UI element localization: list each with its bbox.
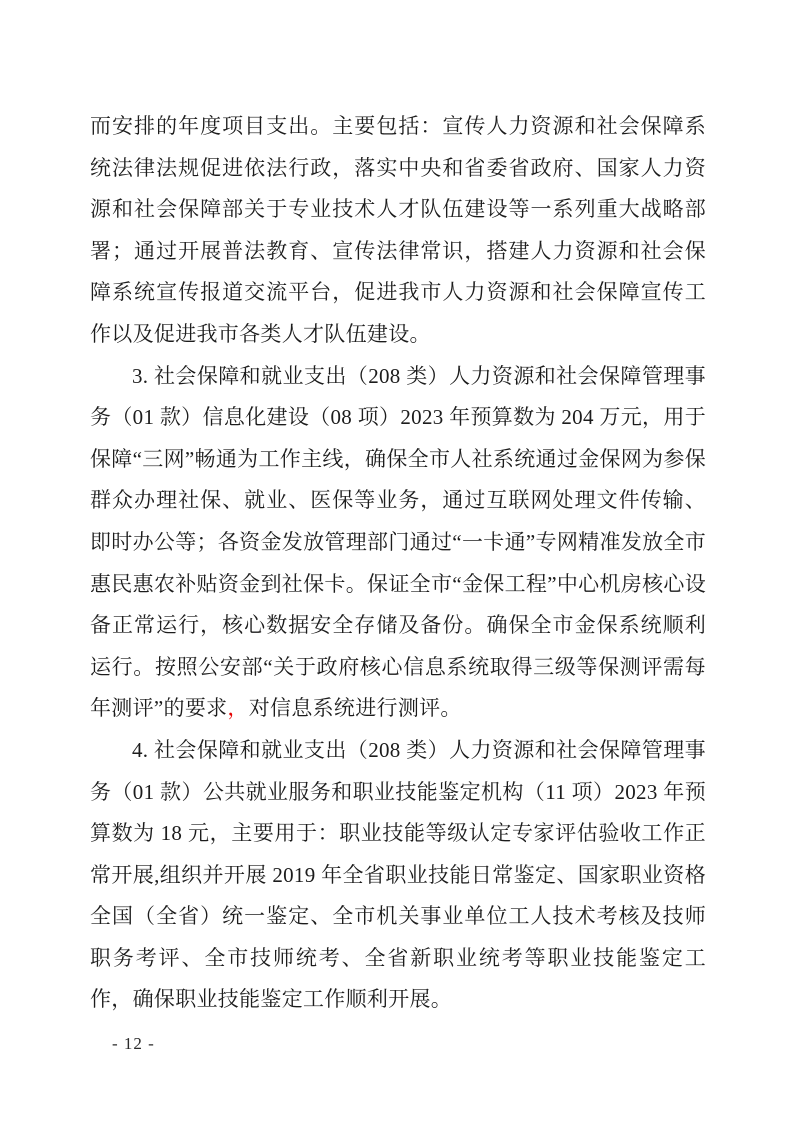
paragraph-continuation: 而安排的年度项目支出。主要包括：宣传人力资源和社会保障系统法律法规促进依法行政，… — [90, 106, 706, 356]
red-comma: ， — [227, 696, 248, 720]
page-footer: - 12 - — [112, 1032, 155, 1056]
page-number: - 12 - — [112, 1034, 155, 1053]
paragraph-item-3-text: 3. 社会保障和就业支出（208 类）人力资源和社会保障管理事务（01 款）信息… — [90, 364, 706, 721]
document-page: 而安排的年度项目支出。主要包括：宣传人力资源和社会保障系统法律法规促进依法行政，… — [0, 0, 793, 1122]
paragraph-item-3: 3. 社会保障和就业支出（208 类）人力资源和社会保障管理事务（01 款）信息… — [90, 356, 706, 730]
document-body: 而安排的年度项目支出。主要包括：宣传人力资源和社会保障系统法律法规促进依法行政，… — [90, 106, 706, 1021]
paragraph-item-4: 4. 社会保障和就业支出（208 类）人力资源和社会保障管理事务（01 款）公共… — [90, 730, 706, 1021]
paragraph-item-3-text-after: 对信息系统进行测评。 — [249, 696, 462, 720]
